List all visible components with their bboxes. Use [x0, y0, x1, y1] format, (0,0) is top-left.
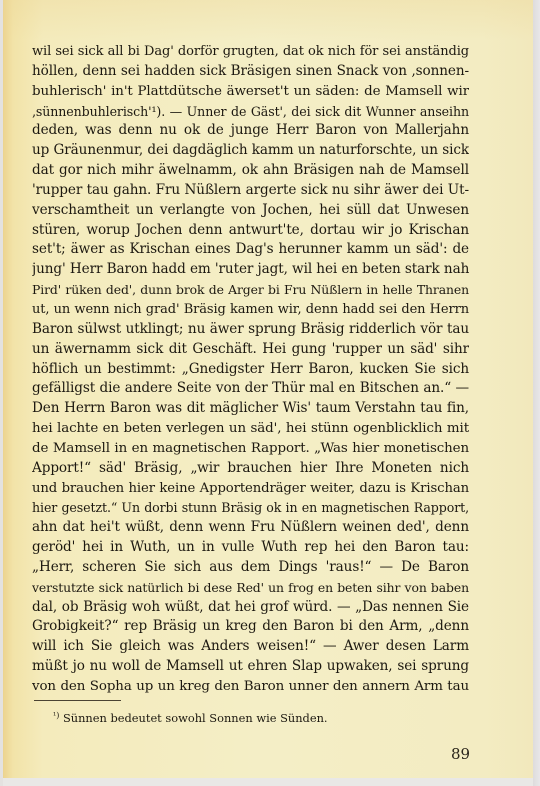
text-line: von den Sopha up un kreg den Baron unner… [32, 677, 469, 697]
page-right-edge [533, 0, 540, 786]
text-line: jung' Herr Baron hadd em 'ruter jagt, wi… [32, 260, 469, 280]
text-line: hier gesetzt.“ Un dorbi stunn Bräsig ok … [32, 498, 469, 518]
text-line: höflich un bestimmt: „Gnedigster Herr Ba… [32, 360, 469, 380]
text-line: up Gräunenmur, dei dagdäglich kamm un na… [32, 141, 469, 161]
text-line: ut, un wenn nich grad' Bräsig kamen wir,… [32, 300, 469, 320]
text-line: und brauchen hier keine Apportendräger w… [32, 479, 469, 499]
text-line: verstutzte sick natürlich bi dese Red' u… [32, 578, 469, 598]
text-line: ahn dat hei't wüßt, denn wenn Fru Nüßler… [32, 518, 469, 538]
text-line: will ich Sie gleich was Anders weisen!“ … [32, 637, 469, 657]
text-line: dal, ob Bräsig woh wüßt, dat hei grof wü… [32, 598, 469, 618]
text-line: verschamtheit un verlangte von Jochen, h… [32, 201, 469, 221]
body-text: wil sei sick all bi Dag' dorför grugten,… [32, 42, 469, 697]
text-line: „Herr, scheren Sie sich aus dem Dings 'r… [32, 558, 469, 578]
text-line: wil sei sick all bi Dag' dorför grugten,… [32, 42, 469, 62]
text-line: geröd' hei in Wuth, un in vulle Wuth rep… [32, 538, 469, 558]
text-line: hei lachte en beten verlegen un säd', he… [32, 419, 469, 439]
text-line: müßt jo nu woll de Mamsell ut ehren Slap… [32, 657, 469, 677]
text-line: set't; äwer as Krischan eines Dag's heru… [32, 240, 469, 260]
text-line: ‚sünnenbuhlerisch'¹). — Unner de Gäst', … [32, 102, 469, 122]
text-line: Den Herrn Baron was dit mäglicher Wis' t… [32, 399, 469, 419]
text-line: un äwernamm sick dit Geschäft. Hei gung … [32, 340, 469, 360]
text-line: 'rupper tau gahn. Fru Nüßlern argerte si… [32, 181, 469, 201]
text-line: deden, was denn nu ok de junge Herr Baro… [32, 121, 469, 141]
footnote-text: Sünnen bedeutet sowohl Sonnen wie Sünden… [63, 711, 328, 725]
text-line: stüren, worup Jochen denn antwurt'te, do… [32, 221, 469, 241]
text-line: buhlerisch' in't Plattdütsche äwerset't … [32, 82, 469, 102]
text-line: Grobigkeit?“ rep Bräsig un kreg den Baro… [32, 617, 469, 637]
text-line: Baron sülwst utklingt; nu äwer sprung Br… [32, 320, 469, 340]
text-line: gefälligst die andere Seite von der Thür… [32, 379, 469, 399]
footnote-marker: ¹) [53, 711, 59, 720]
footnote: ¹) Sünnen bedeutet sowohl Sonnen wie Sün… [53, 711, 328, 725]
text-line: de Mamsell in en magnetischen Rapport. „… [32, 439, 469, 459]
page-number: 89 [451, 745, 470, 763]
text-line: Pird' rüken ded', dunn brok de Arger bi … [32, 280, 469, 300]
footnote-rule [34, 700, 121, 701]
text-line: Apport!“ säd' Bräsig, „wir brauchen hier… [32, 459, 469, 479]
book-page: wil sei sick all bi Dag' dorför grugten,… [3, 0, 533, 778]
text-line: höllen, denn sei hadden sick Bräsigen si… [32, 62, 469, 82]
text-line: dat gor nich mihr äwelnamm, ok ahn Bräsi… [32, 161, 469, 181]
